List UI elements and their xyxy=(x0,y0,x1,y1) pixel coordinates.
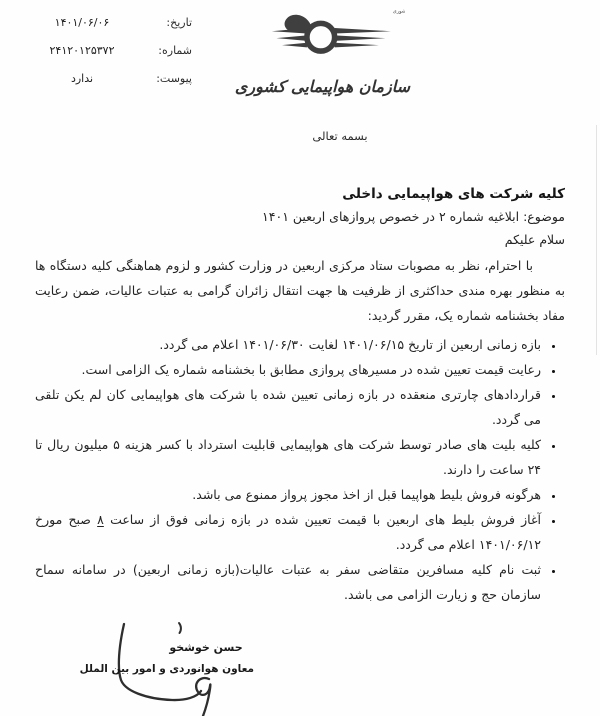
signatory-title: معاون هوانوردی و امور بین الملل xyxy=(96,663,254,675)
letter-page: تاریخ: ۱۴۰۱/۰۶/۰۶ شماره: ۲۴۱۲۰۱۲۵۳۷۲ پیو… xyxy=(0,0,600,716)
bullet-item-charter: قراردادهای چارتری منعقده در بازه زمانی ت… xyxy=(35,382,543,432)
attachment-value: ندارد xyxy=(18,72,146,85)
intro-paragraph: با احترام، نظر به مصوبات ستاد مرکزی اربع… xyxy=(35,253,565,328)
cao-emblem-icon: سازمان هواپیمایی کشوری CAO.IRI xyxy=(255,4,405,76)
salutation-line: سلام علیکم xyxy=(35,229,565,250)
letter-meta-block: تاریخ: ۱۴۰۱/۰۶/۰۶ شماره: ۲۴۱۲۰۱۲۵۳۷۲ پیو… xyxy=(18,16,192,100)
bismillah-text: بسمه تعالی xyxy=(80,129,600,143)
meta-row-date: تاریخ: ۱۴۰۱/۰۶/۰۶ xyxy=(18,16,192,29)
signatory-name: حسن خوشخو xyxy=(150,641,262,654)
bullet-item-sale-start: آغاز فروش بلیط های اربعین با قیمت تعیین … xyxy=(35,507,543,557)
scan-artifact-line xyxy=(596,125,597,355)
attachment-label: پیوست: xyxy=(146,72,192,85)
date-label: تاریخ: xyxy=(146,16,192,29)
number-label: شماره: xyxy=(146,44,192,57)
cao-acronym-text: CAO.IRI xyxy=(261,4,270,7)
logo-top-script-text: سازمان هواپیمایی کشوری xyxy=(393,8,405,14)
recipient-heading: کلیه شرکت های هواپیمایی داخلی xyxy=(35,184,565,205)
cao-logo: سازمان هواپیمایی کشوری CAO.IRI سازمان هو… xyxy=(250,4,410,96)
sale-start-hour: ۸ xyxy=(97,512,104,527)
date-value: ۱۴۰۱/۰۶/۰۶ xyxy=(18,16,146,29)
bullet-item-pricing: رعایت قیمت تعیین شده در مسیرهای پروازی م… xyxy=(35,357,543,382)
org-name-calligraphy: سازمان هواپیمایی کشوری xyxy=(250,77,410,96)
sale-start-pre: آغاز فروش بلیط های اربعین با قیمت تعیین … xyxy=(104,512,541,527)
subject-line: موضوع: ابلاغیه شماره ۲ در خصوص پروازهای … xyxy=(35,206,565,227)
directives-list: بازه زمانی اربعین از تاریخ ۱۴۰۱/۰۶/۱۵ لغ… xyxy=(35,332,565,607)
meta-row-attachment: پیوست: ندارد xyxy=(18,72,192,85)
bullet-item-permit: هرگونه فروش بلیط هواپیما قبل از اخذ مجوز… xyxy=(35,482,543,507)
bullet-item-timeframe: بازه زمانی اربعین از تاریخ ۱۴۰۱/۰۶/۱۵ لغ… xyxy=(35,332,543,357)
letter-body: کلیه شرکت های هواپیمایی داخلی موضوع: ابل… xyxy=(35,184,565,607)
meta-row-number: شماره: ۲۴۱۲۰۱۲۵۳۷۲ xyxy=(18,44,192,57)
bullet-item-refund: کلیه بلیت های صادر توسط شرکت های هواپیما… xyxy=(35,432,543,482)
number-value: ۲۴۱۲۰۱۲۵۳۷۲ xyxy=(18,44,146,57)
